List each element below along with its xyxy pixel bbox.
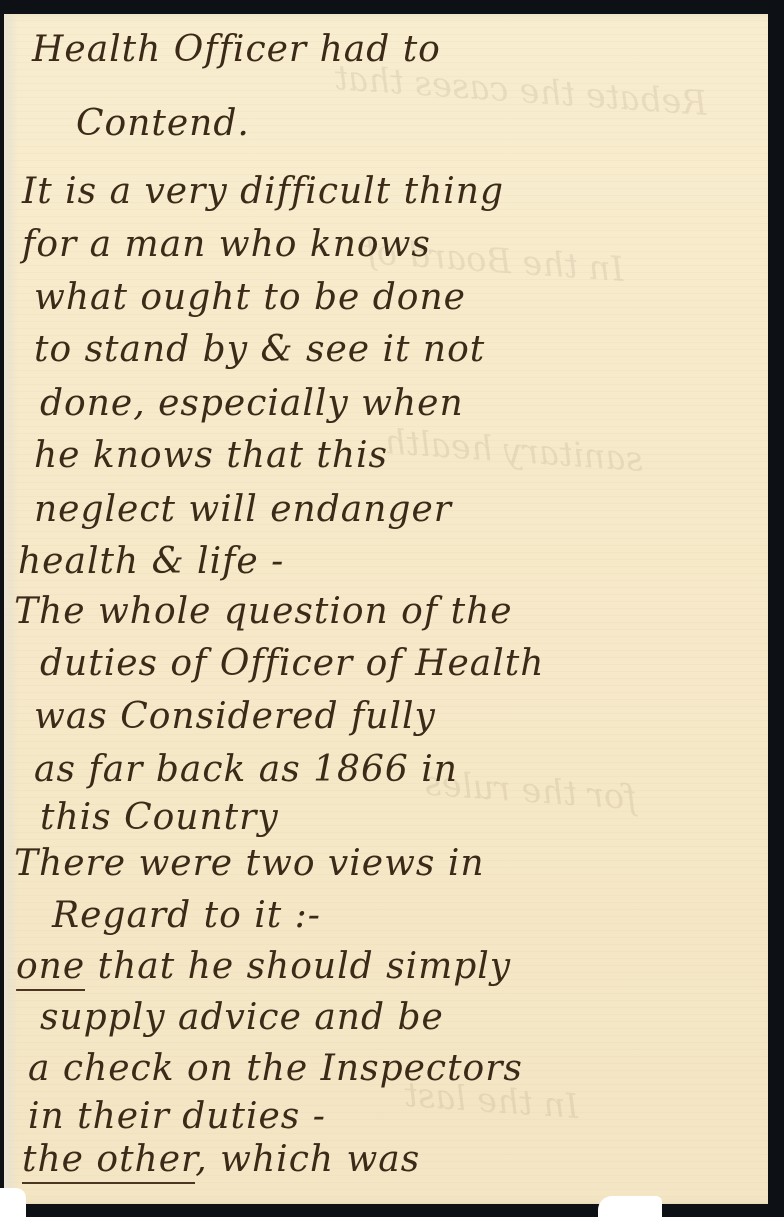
manuscript-line: done, especially when <box>40 386 464 422</box>
manuscript-line: health & life - <box>18 544 284 580</box>
manuscript-line: duties of Officer of Health <box>40 646 544 682</box>
manuscript-line: neglect will endanger <box>34 492 452 528</box>
manuscript-line: It is a very difficult thing <box>22 174 504 210</box>
manuscript-line: Regard to it :- <box>52 898 321 934</box>
manuscript-line: this Country <box>40 800 279 836</box>
manuscript-line: he knows that this <box>34 438 388 474</box>
scanned-page-background: Rebate the cases that In the Board of sa… <box>0 0 784 1217</box>
manuscript-line: in their duties - <box>28 1099 326 1135</box>
manuscript-line: to stand by & see it not <box>34 332 485 368</box>
manuscript-line: for a man who knows <box>22 227 431 263</box>
manuscript-line: supply advice and be <box>40 1000 444 1036</box>
manuscript-line: was Considered fully <box>34 699 436 735</box>
manuscript-line: There were two views in <box>14 846 485 882</box>
manuscript-line: one that he should simply <box>16 949 511 985</box>
underlined-word: the other <box>22 1139 195 1184</box>
manuscript-line: The whole question of the <box>14 594 513 630</box>
manuscript-line: a check on the Inspectors <box>28 1051 523 1087</box>
show-through-text: sanitary health <box>383 425 644 477</box>
manuscript-line: what ought to be done <box>34 280 466 316</box>
manuscript-line: the other, which was <box>22 1142 420 1178</box>
torn-corner-bottom-left <box>0 1188 26 1217</box>
underlined-word: one <box>16 946 85 991</box>
manuscript-paper: Rebate the cases that In the Board of sa… <box>4 14 768 1204</box>
manuscript-line: Health Officer had to <box>32 32 441 68</box>
show-through-text: Rebate the cases that <box>333 61 708 121</box>
manuscript-line: Contend. <box>76 106 250 142</box>
manuscript-line: as far back as 1866 in <box>34 752 458 788</box>
torn-edge-bottom <box>598 1196 662 1217</box>
